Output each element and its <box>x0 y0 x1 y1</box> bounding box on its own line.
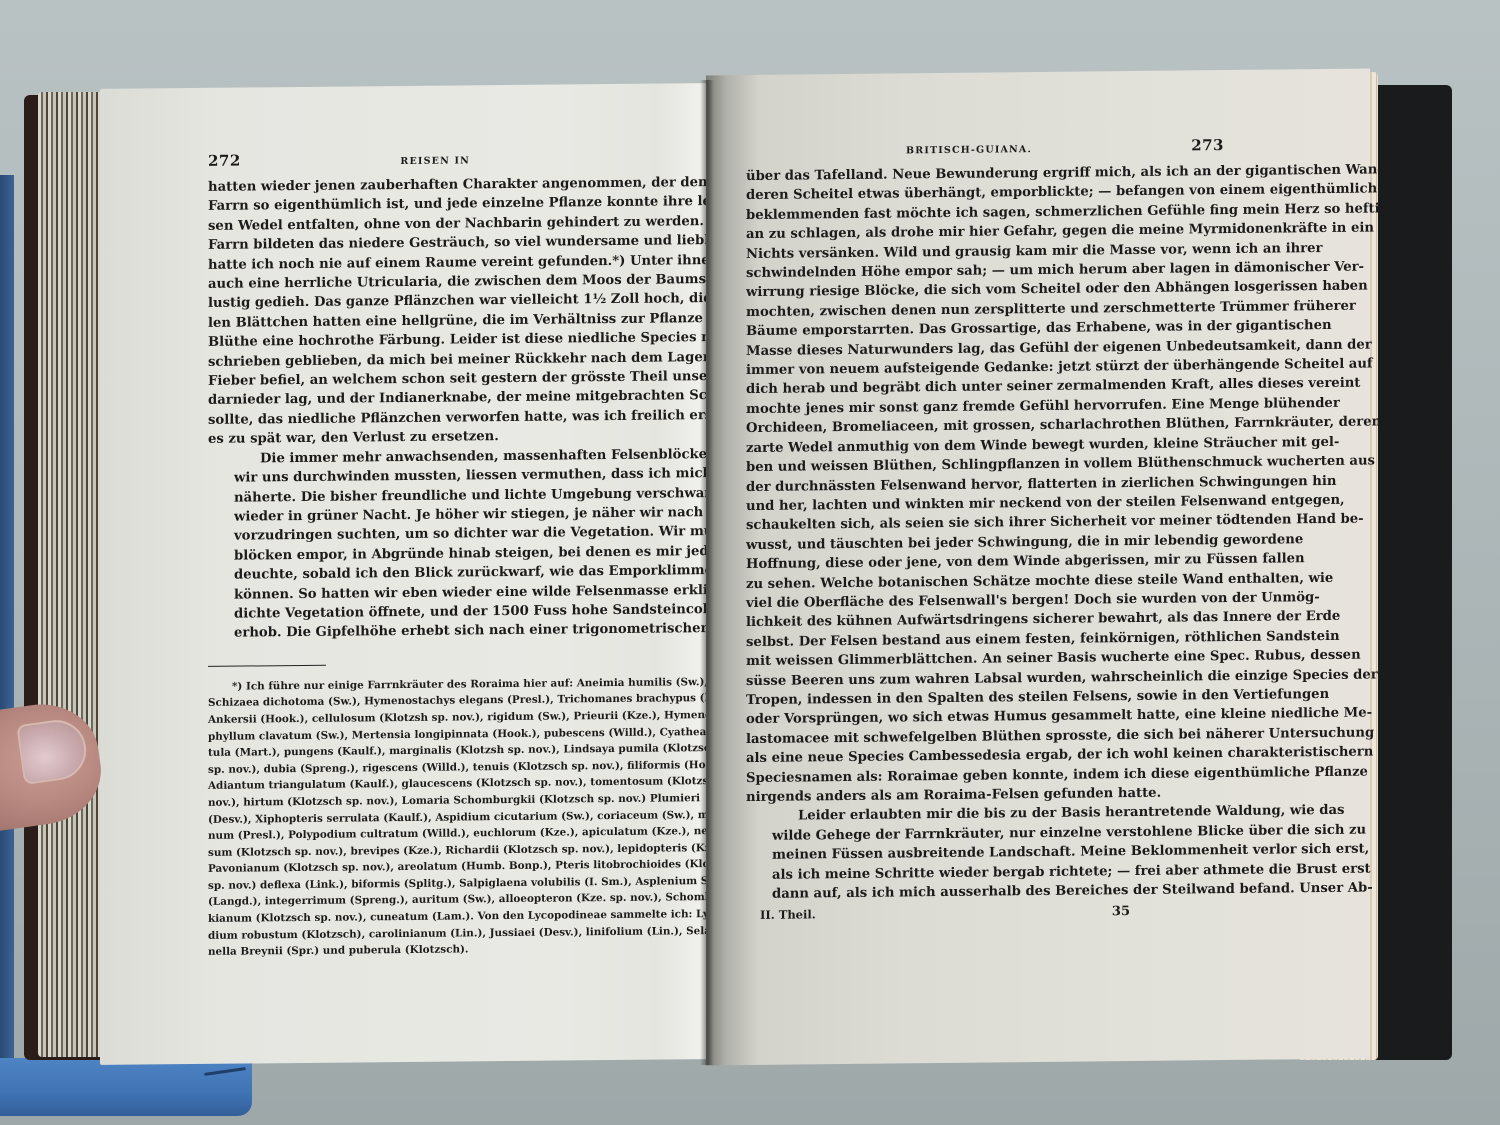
footnote-line: nella Breynii (Spr.) und puberula (Klotz… <box>208 940 670 961</box>
left-page-number: 272 <box>208 152 241 170</box>
book-gutter <box>700 80 714 1065</box>
blue-book-spine <box>0 175 14 1060</box>
left-page: 272 REISEN IN hatten wieder jenen zauber… <box>100 83 708 1065</box>
left-running-head: 272 REISEN IN <box>208 147 670 169</box>
text-line: dann auf, als ich mich ausserhalb des Be… <box>746 880 1224 904</box>
left-footnote: *) Ich führe nur einige Farrnkräuter des… <box>208 674 670 961</box>
right-running-title: BRITISCH-GUIANA. <box>906 144 1032 156</box>
text-line: erhob. Die Gipfelhöhe erhebt sich nach e… <box>208 620 670 644</box>
right-body-text: über das Tafelland. Neue Bewunderung erg… <box>746 162 1224 904</box>
thumbnail-nail <box>16 716 90 785</box>
footnote-rule <box>208 664 326 666</box>
sheet-number: 35 <box>1112 904 1130 919</box>
right-running-head: BRITISCH-GUIANA. 273 <box>746 132 1224 159</box>
blue-object-slot <box>204 1067 246 1076</box>
paragraph: Leider erlaubten mir die bis zu der Basi… <box>746 802 1224 904</box>
left-body-text: hatten wieder jenen zauberhaften Charakt… <box>208 173 670 643</box>
left-running-title: REISEN IN <box>400 155 470 167</box>
signature-line: II. Theil. 35 <box>746 903 1224 923</box>
right-page: BRITISCH-GUIANA. 273 über das Tafelland.… <box>706 69 1370 1066</box>
paragraph: hatten wieder jenen zauberhaften Charakt… <box>208 173 670 449</box>
paragraph: Die immer mehr anwachsenden, massenhafte… <box>208 445 670 643</box>
blue-object-under-book <box>0 1058 252 1116</box>
paragraph: über das Tafelland. Neue Bewunderung erg… <box>746 162 1224 807</box>
right-page-number: 273 <box>1191 136 1224 154</box>
volume-signature: II. Theil. <box>760 908 816 924</box>
